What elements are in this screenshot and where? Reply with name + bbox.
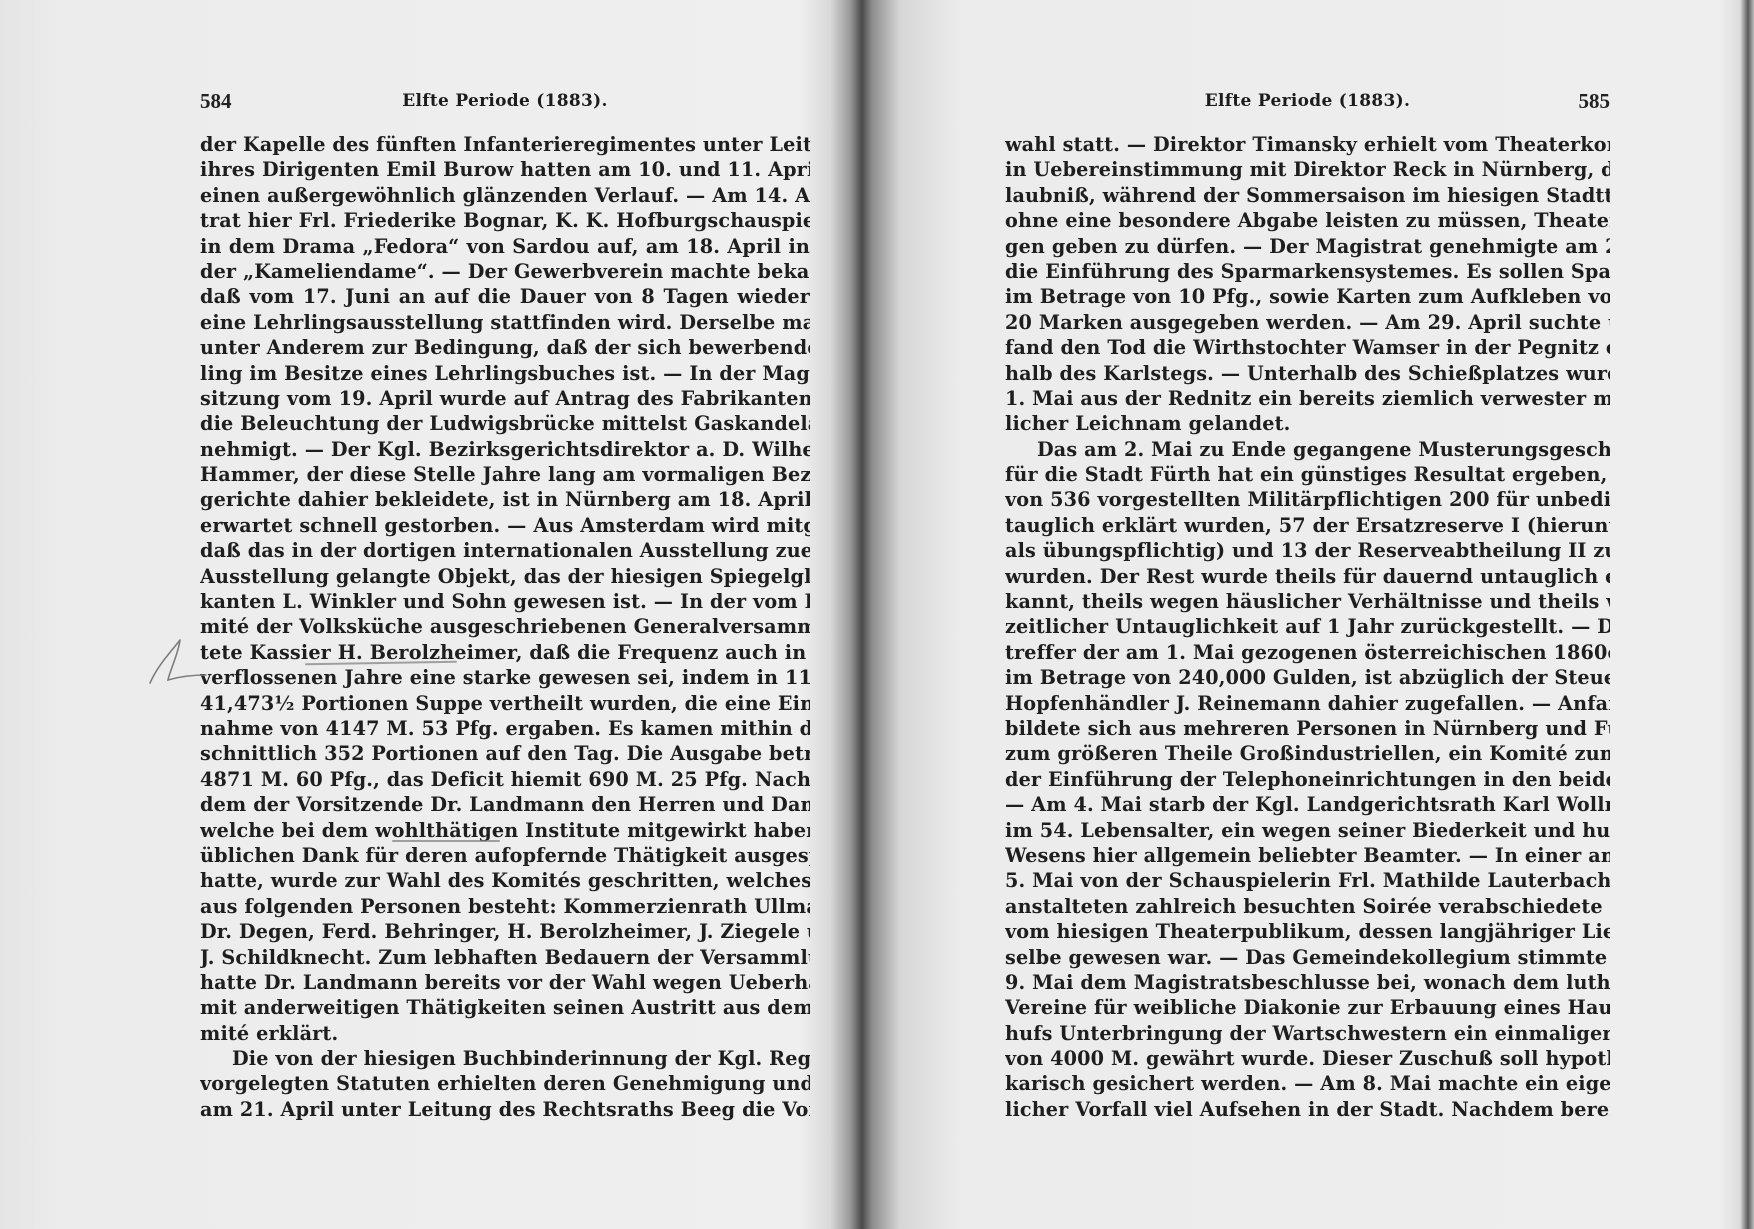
text-line: in dem Drama „Fedora“ von Sardou auf, am… bbox=[200, 234, 810, 259]
text-line: wahl statt. — Direktor Timansky erhielt … bbox=[1005, 132, 1610, 157]
text-line: daß das in der dortigen internationalen … bbox=[200, 538, 810, 563]
text-line: anstalteten zahlreich besuchten Soirée v… bbox=[1005, 894, 1610, 919]
text-line: 9. Mai dem Magistratsbeschlusse bei, won… bbox=[1005, 970, 1610, 995]
text-line: als übungspflichtig) und 13 der Reservea… bbox=[1005, 538, 1610, 563]
text-line: Dr. Degen, Ferd. Behringer, H. Berolzhei… bbox=[200, 919, 810, 944]
text-line: welche bei dem wohlthätigen Institute mi… bbox=[200, 818, 810, 843]
text-line: für die Stadt Fürth hat ein günstiges Re… bbox=[1005, 462, 1610, 487]
text-line: bildete sich aus mehreren Personen in Nü… bbox=[1005, 716, 1610, 741]
text-line: mit anderweitigen Thätigkeiten seinen Au… bbox=[200, 995, 810, 1020]
running-head: Elfte Periode (1883). bbox=[1005, 86, 1610, 116]
text-line: wurden. Der Rest wurde theils für dauern… bbox=[1005, 564, 1610, 589]
text-line: ling im Besitze eines Lehrlingsbuches is… bbox=[200, 361, 810, 386]
text-line: Das am 2. Mai zu Ende gegangene Musterun… bbox=[1005, 437, 1610, 462]
text-line: von 536 vorgestellten Militärpflichtigen… bbox=[1005, 487, 1610, 512]
text-line: verflossenen Jahre eine starke gewesen s… bbox=[200, 665, 810, 690]
text-line: schnittlich 352 Portionen auf den Tag. D… bbox=[200, 741, 810, 766]
text-line: nehmigt. — Der Kgl. Bezirksgerichtsdirek… bbox=[200, 437, 810, 462]
text-line: tauglich erklärt wurden, 57 der Ersatzre… bbox=[1005, 513, 1610, 538]
text-line: mité der Volksküche ausgeschriebenen Gen… bbox=[200, 614, 810, 639]
text-line: erwartet schnell gestorben. — Aus Amster… bbox=[200, 513, 810, 538]
right-page: Elfte Periode (1883). 585 wahl statt. — … bbox=[875, 0, 1754, 1229]
text-line: selbe gewesen war. — Das Gemeindekollegi… bbox=[1005, 945, 1610, 970]
left-page-header: 584 Elfte Periode (1883). bbox=[200, 86, 810, 116]
text-line: karisch gesichert werden. — Am 8. Mai ma… bbox=[1005, 1071, 1610, 1096]
text-line: sitzung vom 19. April wurde auf Antrag d… bbox=[200, 386, 810, 411]
text-line: die Einführung des Sparmarkensystemes. E… bbox=[1005, 259, 1610, 284]
text-line: von 4000 M. gewährt wurde. Dieser Zuschu… bbox=[1005, 1046, 1610, 1071]
text-line: 4871 M. 60 Pfg., das Deficit hiemit 690 … bbox=[200, 767, 810, 792]
page-number: 585 bbox=[1579, 86, 1611, 116]
text-line: ohne eine besondere Abgabe leisten zu mü… bbox=[1005, 208, 1610, 233]
text-line: hatte Dr. Landmann bereits vor der Wahl … bbox=[200, 970, 810, 995]
text-line: der „Kameliendame“. — Der Gewerbverein m… bbox=[200, 259, 810, 284]
text-line: am 21. April unter Leitung des Rechtsrat… bbox=[200, 1097, 810, 1122]
text-line: hufs Unterbringung der Wartschwestern ei… bbox=[1005, 1021, 1610, 1046]
text-line: der Kapelle des fünften Infanterieregime… bbox=[200, 132, 810, 157]
text-line: der Einführung der Telephoneinrichtungen… bbox=[1005, 767, 1610, 792]
right-page-body-text: wahl statt. — Direktor Timansky erhielt … bbox=[1005, 132, 1610, 1122]
text-line: eine Lehrlingsausstellung stattfinden wi… bbox=[200, 310, 810, 335]
text-line: tete Kassier H. Berolzheimer, daß die Fr… bbox=[200, 640, 810, 665]
text-line: die Beleuchtung der Ludwigsbrücke mittel… bbox=[200, 411, 810, 436]
right-page-header: Elfte Periode (1883). 585 bbox=[1005, 86, 1610, 116]
text-line: kannt, theils wegen häuslicher Verhältni… bbox=[1005, 589, 1610, 614]
text-line: halb des Karlstegs. — Unterhalb des Schi… bbox=[1005, 361, 1610, 386]
text-line: einen außergewöhnlich glänzenden Verlauf… bbox=[200, 183, 810, 208]
text-line: Hopfenhändler J. Reinemann dahier zugefa… bbox=[1005, 691, 1610, 716]
book-spread: 584 Elfte Periode (1883). der Kapelle de… bbox=[0, 0, 1754, 1229]
text-line: J. Schildknecht. Zum lebhaften Bedauern … bbox=[200, 945, 810, 970]
text-line: 5. Mai von der Schauspielerin Frl. Mathi… bbox=[1005, 868, 1610, 893]
text-line: unter Anderem zur Bedingung, daß der sic… bbox=[200, 335, 810, 360]
left-page-body-text: der Kapelle des fünften Infanterieregime… bbox=[200, 132, 810, 1122]
text-line: licher Leichnam gelandet. bbox=[1005, 411, 1610, 436]
text-line: 1. Mai aus der Rednitz ein bereits zieml… bbox=[1005, 386, 1610, 411]
text-line: ihres Dirigenten Emil Burow hatten am 10… bbox=[200, 157, 810, 182]
text-line: mité erklärt. bbox=[200, 1021, 810, 1046]
text-line: vom hiesigen Theaterpublikum, dessen lan… bbox=[1005, 919, 1610, 944]
text-line: Die von der hiesigen Buchbinderinnung de… bbox=[200, 1046, 810, 1071]
text-line: in Uebereinstimmung mit Direktor Reck in… bbox=[1005, 157, 1610, 182]
text-line: aus folgenden Personen besteht: Kommerzi… bbox=[200, 894, 810, 919]
text-line: Wesens hier allgemein beliebter Beamter.… bbox=[1005, 843, 1610, 868]
text-line: — Am 4. Mai starb der Kgl. Landgerichtsr… bbox=[1005, 792, 1610, 817]
running-head: Elfte Periode (1883). bbox=[200, 86, 810, 116]
text-line: Vereine für weibliche Diakonie zur Erbau… bbox=[1005, 995, 1610, 1020]
text-line: üblichen Dank für deren aufopfernde Thät… bbox=[200, 843, 810, 868]
text-line: trat hier Frl. Friederike Bognar, K. K. … bbox=[200, 208, 810, 233]
text-line: im 54. Lebensalter, ein wegen seiner Bie… bbox=[1005, 818, 1610, 843]
text-line: 41,473½ Portionen Suppe vertheilt wurden… bbox=[200, 691, 810, 716]
text-line: fand den Tod die Wirthstochter Wamser in… bbox=[1005, 335, 1610, 360]
left-page: 584 Elfte Periode (1883). der Kapelle de… bbox=[0, 0, 845, 1229]
text-line: hatte, wurde zur Wahl des Komités geschr… bbox=[200, 868, 810, 893]
text-line: laubniß, während der Sommersaison im hie… bbox=[1005, 183, 1610, 208]
text-line: vorgelegten Statuten erhielten deren Gen… bbox=[200, 1071, 810, 1096]
text-line: daß vom 17. Juni an auf die Dauer von 8 … bbox=[200, 284, 810, 309]
text-line: treffer der am 1. Mai gezogenen österrei… bbox=[1005, 640, 1610, 665]
text-line: gerichte dahier bekleidete, ist in Nürnb… bbox=[200, 487, 810, 512]
text-line: nahme von 4147 M. 53 Pfg. ergaben. Es ka… bbox=[200, 716, 810, 741]
text-line: Hammer, der diese Stelle Jahre lang am v… bbox=[200, 462, 810, 487]
text-line: im Betrage von 10 Pfg., sowie Karten zum… bbox=[1005, 284, 1610, 309]
pencil-underline-landmann bbox=[392, 840, 500, 842]
text-line: zeitlicher Untauglichkeit auf 1 Jahr zur… bbox=[1005, 614, 1610, 639]
text-line: kanten L. Winkler und Sohn gewesen ist. … bbox=[200, 589, 810, 614]
text-line: 20 Marken ausgegeben werden. — Am 29. Ap… bbox=[1005, 310, 1610, 335]
text-line: im Betrage von 240,000 Gulden, ist abzüg… bbox=[1005, 665, 1610, 690]
text-line: gen geben zu dürfen. — Der Magistrat gen… bbox=[1005, 234, 1610, 259]
text-line: Ausstellung gelangte Objekt, das der hie… bbox=[200, 564, 810, 589]
text-line: dem der Vorsitzende Dr. Landmann den Her… bbox=[200, 792, 810, 817]
text-line: licher Vorfall viel Aufsehen in der Stad… bbox=[1005, 1097, 1610, 1122]
text-line: zum größeren Theile Großindustriellen, e… bbox=[1005, 741, 1610, 766]
